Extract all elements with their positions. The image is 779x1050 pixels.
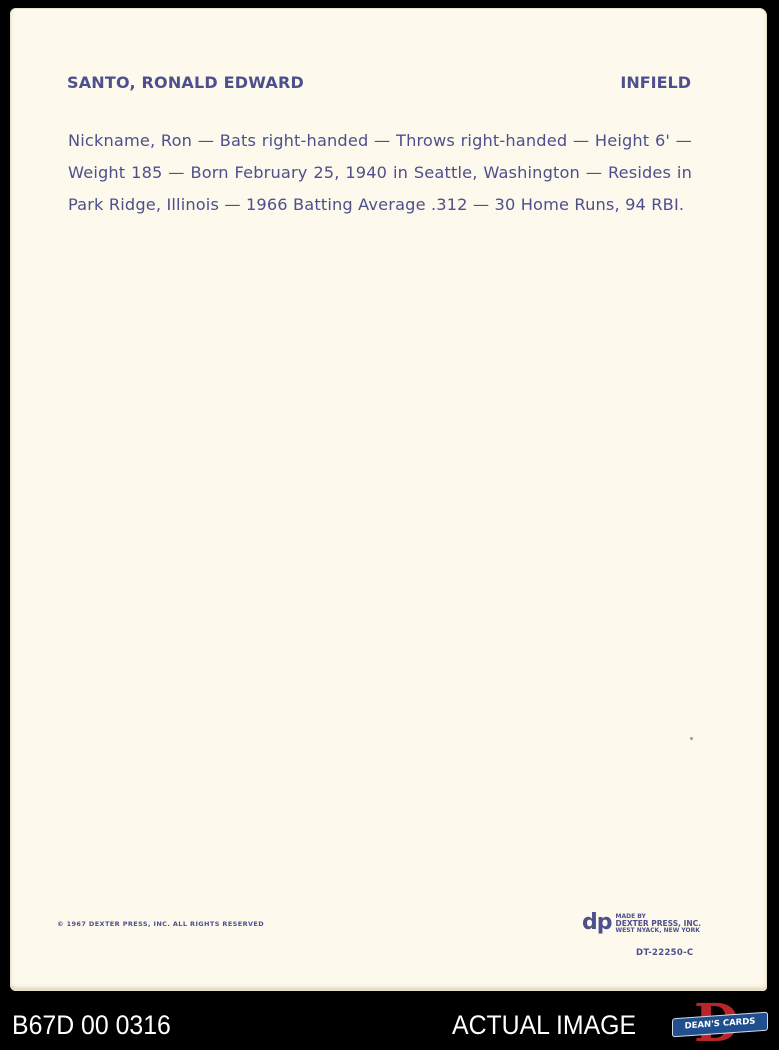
maker-block: dp MADE BY DEXTER PRESS, INC. WEST NYACK… (582, 912, 701, 934)
paper-speck (690, 737, 693, 740)
player-bio: Nickname, Ron — Bats right-handed — Thro… (68, 125, 692, 221)
card-code: DT-22250-C (636, 948, 693, 958)
copyright-notice: © 1967 DEXTER PRESS, INC. ALL RIGHTS RES… (57, 920, 264, 928)
maker-line-3: WEST NYACK, NEW YORK (616, 927, 702, 934)
actual-image-label: ACTUAL IMAGE (452, 1010, 636, 1041)
player-name: SANTO, RONALD EDWARD (67, 73, 304, 92)
logo-banner: DEAN'S CARDS (672, 1012, 768, 1038)
maker-line-2: DEXTER PRESS, INC. (616, 920, 702, 927)
dexter-press-logo-icon: dp (582, 912, 612, 934)
deans-cards-logo-icon: D DEAN'S CARDS (672, 1002, 768, 1048)
card-back: SANTO, RONALD EDWARD INFIELD Nickname, R… (10, 8, 767, 991)
item-id: B67D 00 0316 (12, 1010, 171, 1041)
player-position: INFIELD (620, 73, 691, 92)
